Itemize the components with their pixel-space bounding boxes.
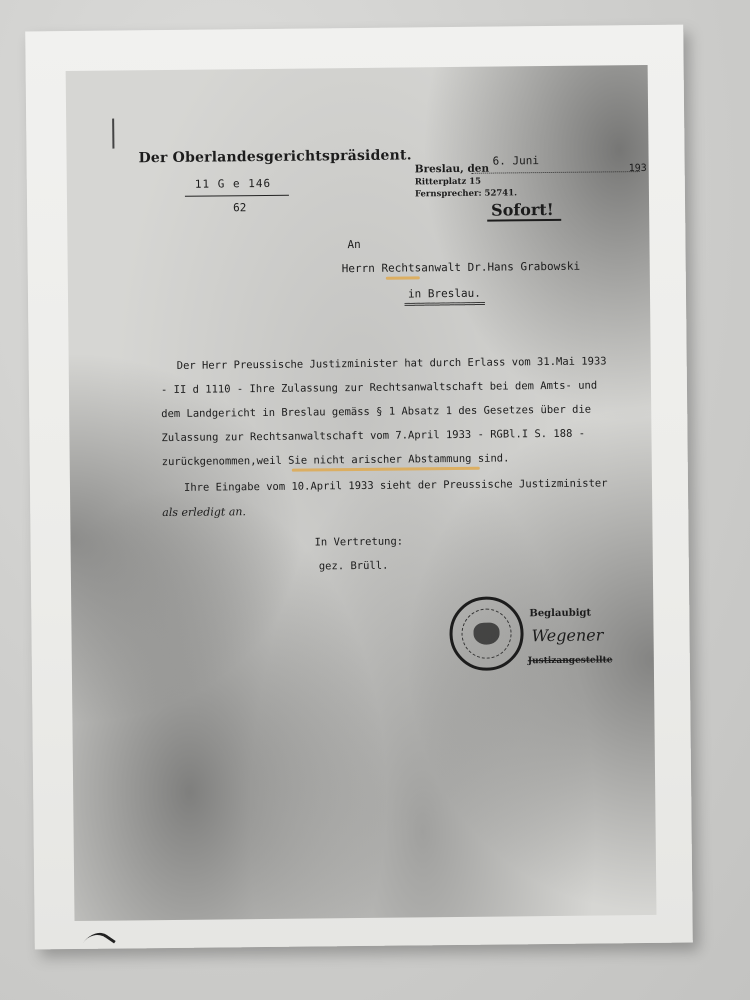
margin-mark	[112, 119, 114, 149]
closing: In Vertretung:	[315, 536, 404, 549]
certification-label: Beglaubigt	[529, 608, 591, 620]
street-address: Ritterplatz 15	[415, 177, 481, 188]
photocopy-area: Der Oberlandesgerichtspräsident. 11 G e …	[66, 65, 657, 921]
body-line: - II d 1110 - Ihre Zulassung zur Rechtsa…	[161, 380, 597, 397]
urgent-stamp: Sofort!	[491, 200, 554, 220]
document-sheet: Der Oberlandesgerichtspräsident. 11 G e …	[25, 25, 693, 950]
body-line: Ihre Eingabe vom 10.April 1933 sieht der…	[184, 477, 608, 493]
urgent-underline	[487, 219, 561, 222]
body-line: Zulassung zur Rechtsanwaltschaft vom 7.A…	[161, 428, 585, 444]
handwritten-note: als erledigt an.	[162, 505, 246, 519]
phone-number: Fernsprecher: 52741.	[415, 188, 517, 199]
court-seal	[449, 596, 524, 671]
body-line: Der Herr Preussische Justizminister hat …	[177, 355, 607, 372]
signed-by: gez. Brüll.	[319, 560, 389, 573]
seal-eagle-icon	[461, 608, 512, 659]
folded-corner	[76, 926, 116, 968]
body-line: dem Landgericht in Breslau gemäss § 1 Ab…	[161, 404, 591, 421]
date: 6. Juni	[493, 154, 539, 167]
highlight-mark	[292, 467, 480, 472]
recipient-underline: ================	[404, 299, 484, 311]
highlight-mark	[386, 276, 420, 279]
body-line: zurückgenommen,weil Sie nicht arischer A…	[162, 452, 510, 468]
certification-signature: Wegener	[531, 625, 603, 645]
year: 193	[629, 163, 647, 174]
letterhead: Der Oberlandesgerichtspräsident.	[138, 147, 411, 166]
salutation-prefix: An	[347, 238, 360, 251]
file-reference-top: 11 G e 146	[195, 177, 271, 191]
certification-role: Justizangestellte	[528, 655, 613, 666]
recipient-name: Herrn Rechtsanwalt Dr.Hans Grabowski	[342, 260, 581, 275]
date-dotted-line	[472, 171, 640, 174]
file-reference-bottom: 62	[233, 201, 246, 214]
file-reference-divider	[185, 195, 289, 197]
